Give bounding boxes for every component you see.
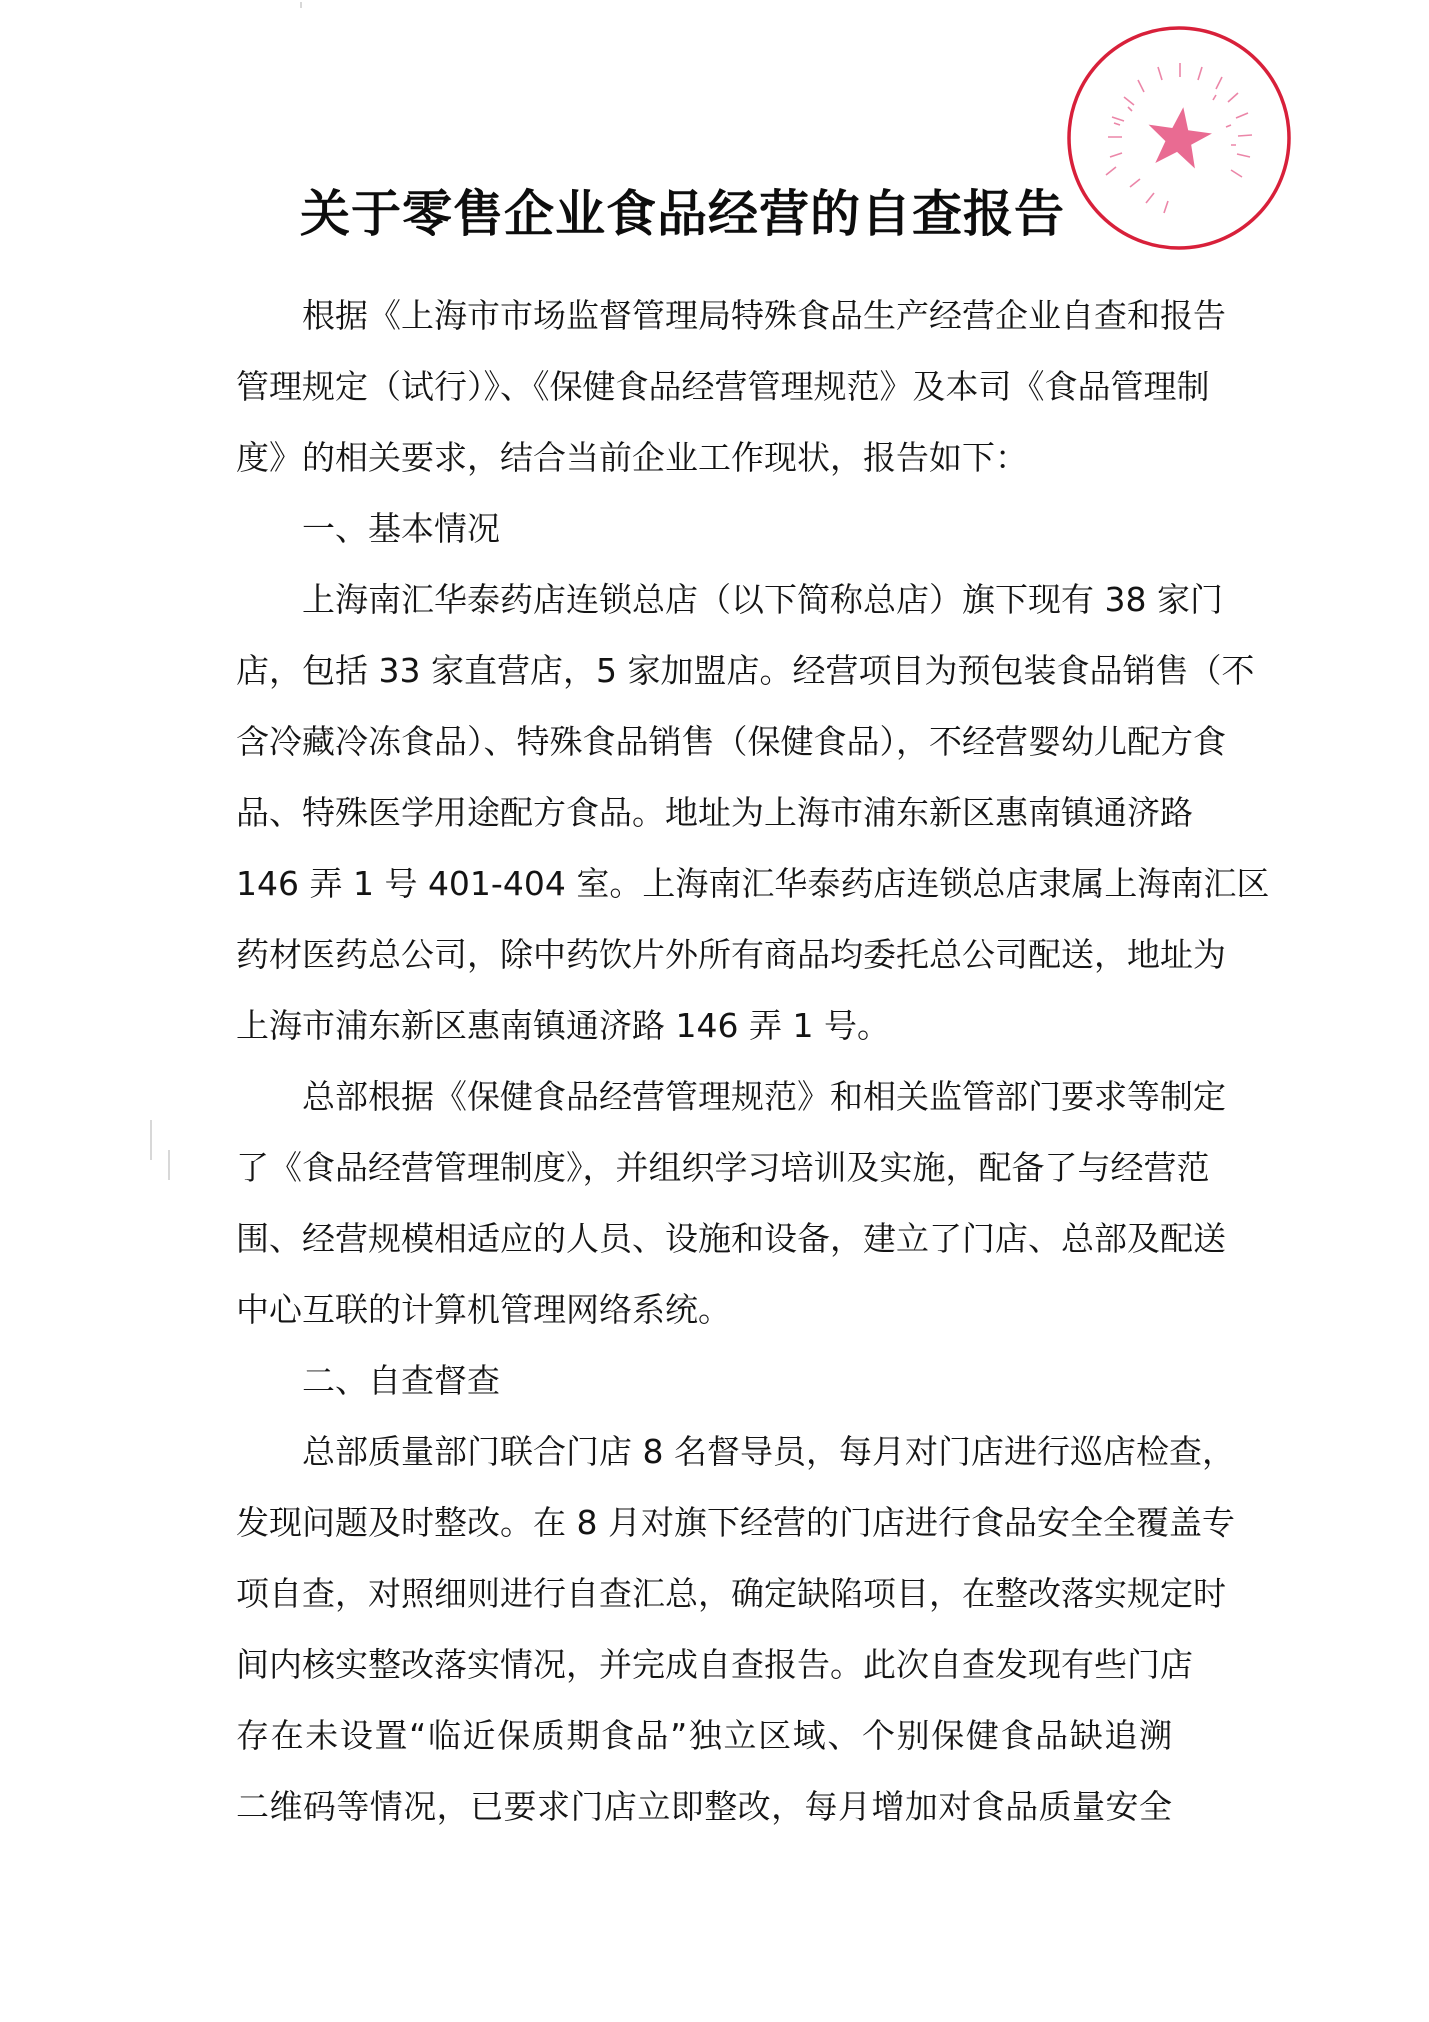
text-line: 围、经营规模相适应的人员、设施和设备，建立了门店、总部及配送 xyxy=(236,1203,1172,1274)
text-line: 品、特殊医学用途配方食品。地址为上海市浦东新区惠南镇通济路 xyxy=(236,777,1172,848)
text-line: 总部质量部门联合门店 8 名督导员，每月对门店进行巡店检查， xyxy=(236,1416,1172,1487)
text-line: 根据《上海市市场监督管理局特殊食品生产经营企业自查和报告 xyxy=(236,280,1172,351)
text-line: 项自查，对照细则进行自查汇总，确定缺陷项目，在整改落实规定时 xyxy=(236,1558,1172,1629)
text-line: 总部根据《保健食品经营管理规范》和相关监管部门要求等制定 xyxy=(236,1061,1172,1132)
paragraph-management-system: 总部根据《保健食品经营管理规范》和相关监管部门要求等制定 了《食品经营管理制度》… xyxy=(236,1061,1172,1345)
paragraph-basic-info: 上海南汇华泰药店连锁总店（以下简称总店）旗下现有 38 家门 店，包括 33 家… xyxy=(236,564,1172,1061)
text-line: 上海市浦东新区惠南镇通济路 146 弄 1 号。 xyxy=(236,990,1172,1061)
document-body: 根据《上海市市场监督管理局特殊食品生产经营企业自查和报告 管理规定（试行）》、《… xyxy=(236,280,1172,1842)
document-title: 关于零售企业食品经营的自查报告 xyxy=(300,178,1100,250)
text-line: 上海南汇华泰药店连锁总店（以下简称总店）旗下现有 38 家门 xyxy=(236,564,1172,635)
scan-artifact xyxy=(300,2,302,8)
text-line: 存在未设置“临近保质期食品”独立区域、个别保健食品缺追溯 xyxy=(236,1700,1172,1771)
text-line: 度》的相关要求，结合当前企业工作现状，报告如下： xyxy=(236,422,1172,493)
text-line: 发现问题及时整改。在 8 月对旗下经营的门店进行食品安全全覆盖专 xyxy=(236,1487,1172,1558)
text-line: 管理规定（试行）》、《保健食品经营管理规范》及本司《食品管理制 xyxy=(236,351,1172,422)
paragraph-self-inspection: 总部质量部门联合门店 8 名督导员，每月对门店进行巡店检查， 发现问题及时整改。… xyxy=(236,1416,1172,1842)
text-line: 146 弄 1 号 401-404 室。上海南汇华泰药店连锁总店隶属上海南汇区 xyxy=(236,848,1172,919)
text-line: 了《食品经营管理制度》，并组织学习培训及实施，配备了与经营范 xyxy=(236,1132,1172,1203)
text-line: 中心互联的计算机管理网络系统。 xyxy=(236,1274,1172,1345)
scan-artifact xyxy=(150,1120,152,1160)
text-line: 二维码等情况，已要求门店立即整改，每月增加对食品质量安全 xyxy=(236,1771,1172,1842)
text-line: 药材医药总公司，除中药饮片外所有商品均委托总公司配送，地址为 xyxy=(236,919,1172,990)
paragraph-intro: 根据《上海市市场监督管理局特殊食品生产经营企业自查和报告 管理规定（试行）》、《… xyxy=(236,280,1172,493)
document-page: 关于零售企业食品经营的自查报告 根据《上海市市场监督管理局特殊食品生产经营企业自… xyxy=(0,0,1429,2022)
star-icon xyxy=(1143,103,1215,170)
text-line: 含冷藏冷冻食品）、特殊食品销售（保健食品），不经营婴幼儿配方食 xyxy=(236,706,1172,777)
section-heading-basic-info: 一、基本情况 xyxy=(236,493,1172,564)
text-line: 间内核实整改落实情况，并完成自查报告。此次自查发现有些门店 xyxy=(236,1629,1172,1700)
text-line: 店，包括 33 家直营店，5 家加盟店。经营项目为预包装食品销售（不 xyxy=(236,635,1172,706)
section-heading-self-inspection: 二、自查督查 xyxy=(236,1345,1172,1416)
scan-artifact xyxy=(168,1150,170,1180)
